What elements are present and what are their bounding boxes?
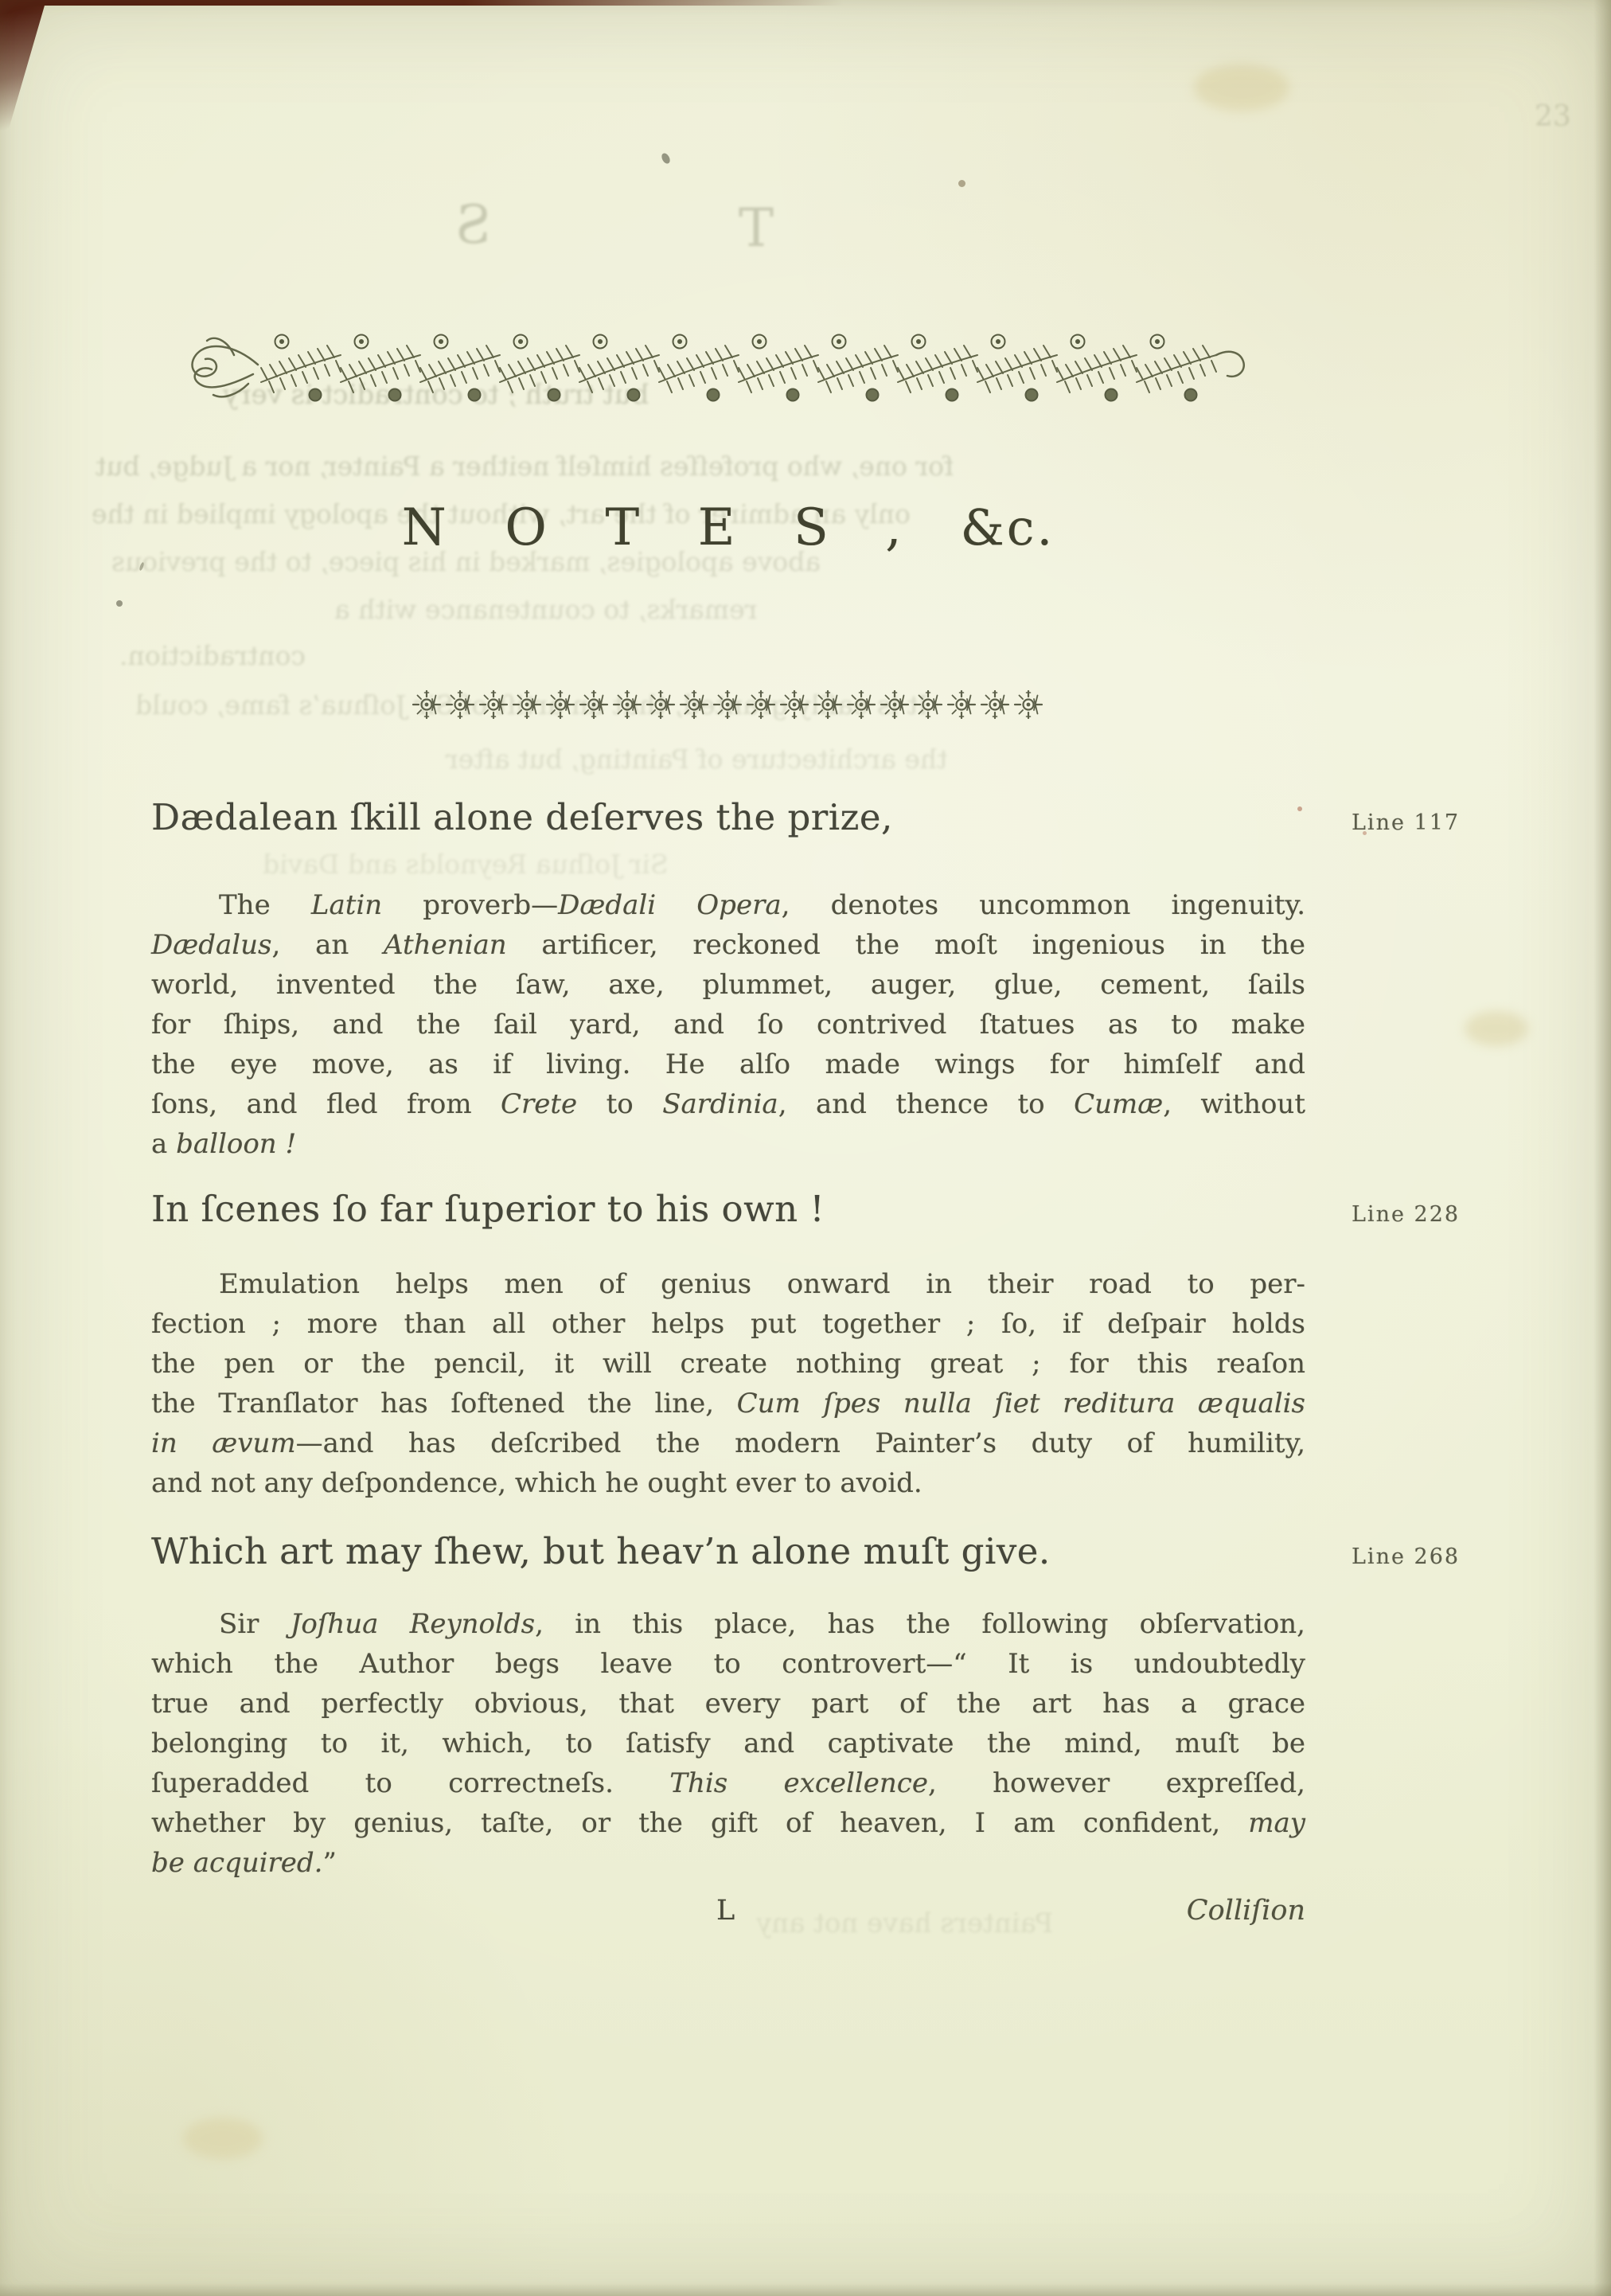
text-line: ſuperadded to correctneſs. This excellen… xyxy=(151,1763,1305,1803)
text-line: world, invented the ſaw, axe, plummet, a… xyxy=(151,965,1305,1005)
text-line: fection ; more than all other helps put … xyxy=(151,1304,1305,1344)
page-corner-mark xyxy=(0,0,46,134)
note-section-header: Which art may ſhew, but heav’n alone muſ… xyxy=(151,1530,1611,1572)
page-title: NOTES,&c. xyxy=(151,498,1305,557)
note-section-header: In ſcenes ſo far ſuperior to his own !Li… xyxy=(151,1188,1611,1230)
bleedthrough-text: contradiction. xyxy=(119,640,306,671)
text-line: which the Author begs leave to controver… xyxy=(151,1644,1305,1684)
text-line: belonging to it, which, to ſatisfy and c… xyxy=(151,1724,1305,1763)
text-line: be acquired.” xyxy=(151,1843,1305,1883)
bleedthrough-text: the architecture of Painting, but after xyxy=(446,744,947,775)
foxing-stain xyxy=(1465,1011,1528,1046)
page-edge-bottom xyxy=(0,2283,1611,2296)
page-footer: L Colliſion xyxy=(151,1895,1305,1938)
bleedthrough-text: for one, who profeſſes himſelf neither a… xyxy=(96,451,954,482)
bleedthrough-text: S xyxy=(455,194,491,256)
page-title-main: NOTES, xyxy=(402,498,960,557)
line-reference: Line 228 xyxy=(1305,1202,1611,1227)
note-heading: In ſcenes ſo far ſuperior to his own ! xyxy=(151,1188,1305,1230)
bleedthrough-text: T xyxy=(739,197,774,259)
bleedthrough-text: remarks, to countenance with a xyxy=(334,594,757,625)
text-line: and not any deſpondence, which he ought … xyxy=(151,1463,1305,1503)
rust-speck xyxy=(1297,806,1302,811)
note-heading: Dædalean ſkill alone deſerves the prize, xyxy=(151,796,1305,838)
signature-mark: L xyxy=(716,1895,735,1927)
line-reference: Line 117 xyxy=(1305,810,1611,835)
note-heading: Which art may ſhew, but heav’n alone muſ… xyxy=(151,1530,1305,1572)
text-line: for ſhips, and the ſail yard, and ſo con… xyxy=(151,1005,1305,1045)
foxing-stain xyxy=(183,2118,263,2159)
note-paragraph: The Latin proverb—Dædali Opera, denotes … xyxy=(151,885,1305,1164)
note-paragraph: Sir Joſhua Reynolds, in this place, has … xyxy=(151,1604,1305,1883)
ink-speck xyxy=(660,152,672,166)
rosette-divider xyxy=(151,683,1305,731)
catchword: Colliſion xyxy=(1187,1895,1305,1927)
book-page: STbut truth ; to contradict is veryfor o… xyxy=(0,0,1611,2296)
paper-speck xyxy=(958,180,965,187)
text-line: Emulation helps men of genius onward in … xyxy=(151,1264,1305,1304)
text-line: in ævum—and has deſcribed the modern Pai… xyxy=(151,1423,1305,1463)
text-line: The Latin proverb—Dædali Opera, denotes … xyxy=(151,885,1305,925)
text-line: the eye move, as if living. He alſo made… xyxy=(151,1045,1305,1084)
text-line: Dædalus, an Athenian artificer, reckoned… xyxy=(151,925,1305,965)
ink-speck xyxy=(116,600,123,607)
text-line: the pen or the pencil, it will create no… xyxy=(151,1344,1305,1384)
garland-ornament xyxy=(181,331,1248,408)
rust-speck xyxy=(1363,831,1367,835)
text-line: ſons, and fled from Crete to Sardinia, a… xyxy=(151,1084,1305,1124)
bleedthrough-text: 23 xyxy=(1535,100,1571,133)
page-title-etc: &c. xyxy=(961,498,1055,556)
foxing-stain xyxy=(1194,64,1289,111)
note-section-header: Dædalean ſkill alone deſerves the prize,… xyxy=(151,796,1611,838)
page-edge-right xyxy=(1593,0,1611,2296)
text-line: the Tranſlator has ſoftened the line, Cu… xyxy=(151,1384,1305,1423)
text-line: whether by genius, taſte, or the gift of… xyxy=(151,1803,1305,1843)
bleedthrough-text: Sir Joſhua Reynolds and David xyxy=(263,849,669,880)
text-line: Sir Joſhua Reynolds, in this place, has … xyxy=(151,1604,1305,1644)
text-line: a balloon ! xyxy=(151,1124,1305,1164)
line-reference: Line 268 xyxy=(1305,1544,1611,1569)
text-line: true and perfectly obvious, that every p… xyxy=(151,1684,1305,1724)
note-paragraph: Emulation helps men of genius onward in … xyxy=(151,1264,1305,1503)
page-edge-top xyxy=(0,0,844,6)
